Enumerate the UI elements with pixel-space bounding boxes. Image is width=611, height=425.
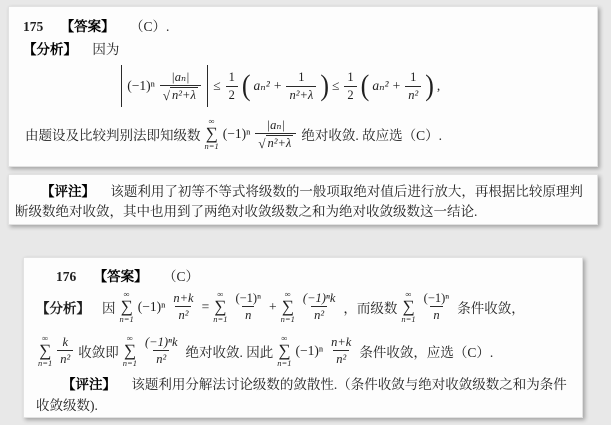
big-paren: ): [425, 71, 434, 100]
math-text: 绝对收敛. 故应选（C）.: [301, 124, 442, 144]
radical-sign-icon: √: [163, 89, 170, 102]
formula-row: (−1)ⁿ|aₙ|√n²+λ≤12(aₙ²+1n²+λ)≤12(aₙ²+1n²)…: [118, 65, 442, 107]
analysis-lead: 因为: [92, 42, 119, 57]
fraction: (−1)ⁿn: [421, 291, 453, 323]
sum-lower-limit: n=1: [123, 359, 137, 368]
math-text: =: [202, 299, 210, 315]
sum-lower-limit: n=1: [120, 315, 134, 324]
sigma-glyph: ∑: [402, 299, 414, 315]
fraction: n+kn²: [328, 335, 354, 367]
summation-sigma: ∞∑n=1: [120, 290, 134, 325]
math-text: 因: [102, 297, 116, 317]
problem-175-card: 175 【答案】 （C）. 【分析】 因为 (−1)ⁿ|aₙ|√n²+λ≤12(…: [8, 6, 598, 167]
math-text: 绝对收敛. 因此: [186, 341, 274, 361]
big-paren: ): [320, 71, 329, 100]
problem-number: 175: [23, 19, 43, 34]
summation-sigma: ∞∑n=1: [205, 117, 219, 152]
math-text: 条件收敛，应选（C）.: [359, 341, 493, 361]
big-paren: (: [242, 71, 251, 100]
summation-sigma: ∞∑n=1: [401, 290, 415, 325]
sum-lower-limit: n=1: [277, 359, 291, 368]
comment-175: 【评注】 该题利用了初等不等式将级数的一般项取绝对值后进行放大，再根据比较原理判…: [15, 182, 585, 223]
sigma-glyph: ∑: [39, 343, 51, 359]
math-text: (−1)ⁿ: [296, 343, 324, 359]
fraction-denominator: 2: [226, 86, 238, 102]
fraction-numerator: 1: [226, 70, 238, 85]
problem-176-card: 176 【答案】 （C） 【分析】因∞∑n=1(−1)ⁿn+kn²=∞∑n=1(…: [23, 257, 583, 418]
analysis-line-175: 【分析】 因为: [23, 38, 585, 58]
comment-176: 【评注】 该题利用分解法讨论级数的敛散性.（条件收敛与绝对收敛级数之和为条件收敛…: [36, 375, 570, 417]
fraction-denominator: 2: [344, 86, 356, 102]
fraction: 12: [226, 70, 238, 102]
math-text: (−1)ⁿ: [138, 299, 166, 315]
fraction-denominator: n²: [405, 86, 421, 102]
section-label: 【分析】: [36, 297, 90, 317]
sigma-glyph: ∑: [278, 343, 290, 359]
fraction: kn²: [57, 335, 73, 367]
math-text: ,: [437, 78, 440, 94]
sigma-glyph: ∑: [214, 299, 226, 315]
math-text: ≤: [332, 78, 339, 94]
sum-lower-limit: n=1: [213, 315, 227, 324]
summation-sigma: ∞∑n=1: [38, 334, 52, 369]
comment-label: 【评注】: [62, 377, 116, 392]
sigma-glyph: ∑: [121, 299, 133, 315]
fraction: n+kn²: [170, 291, 196, 323]
fraction-numerator: |aₙ|: [264, 118, 288, 133]
sigma-glyph: ∑: [124, 343, 136, 359]
document-page: 175 【答案】 （C）. 【分析】 因为 (−1)ⁿ|aₙ|√n²+λ≤12(…: [0, 0, 611, 425]
fraction-denominator: n: [242, 306, 254, 322]
sum-lower-limit: n=1: [281, 315, 295, 324]
math-text: aₙ²: [254, 78, 270, 94]
fraction-denominator: n²+λ: [286, 86, 316, 102]
fraction-numerator: (−1)ⁿ: [232, 291, 264, 306]
fraction-numerator: |aₙ|: [168, 70, 192, 85]
big-paren: (: [361, 71, 370, 100]
math-text: 条件收敛，: [457, 297, 525, 317]
problem-number: 176: [56, 269, 76, 284]
answer-line-176: 176 【答案】 （C）: [56, 265, 570, 285]
answer-line-175: 175 【答案】 （C）.: [23, 15, 585, 35]
summation-sigma: ∞∑n=1: [281, 290, 295, 325]
fraction: (−1)ⁿn: [232, 291, 264, 323]
fraction-numerator: n+k: [328, 335, 354, 350]
sigma-glyph: ∑: [206, 126, 218, 142]
math-text: (−1)ⁿ: [127, 78, 155, 94]
math-text: (−1)ⁿ: [223, 126, 251, 142]
fraction-denominator: n²: [175, 306, 191, 322]
fraction-denominator: n²: [153, 350, 169, 366]
fraction-denominator: n²: [311, 306, 327, 322]
sigma-glyph: ∑: [282, 299, 294, 315]
summation-sigma: ∞∑n=1: [123, 334, 137, 369]
fraction-numerator: 1: [344, 70, 356, 85]
summation-sigma: ∞∑n=1: [213, 290, 227, 325]
fraction-denominator: n²: [57, 350, 73, 366]
answer-value: （C）: [163, 269, 199, 284]
radicand: n²+λ: [170, 87, 198, 102]
inequality-formula-175: (−1)ⁿ|aₙ|√n²+λ≤12(aₙ²+1n²+λ)≤12(aₙ²+1n²)…: [118, 60, 585, 112]
sum-lower-limit: n=1: [38, 359, 52, 368]
math-text: +: [393, 78, 401, 94]
absolute-value-bar: [207, 65, 208, 107]
answer-value: （C）.: [130, 19, 169, 34]
fraction-numerator: 1: [407, 70, 419, 85]
conclusion-line-176: ∞∑n=1kn²收敛即∞∑n=1(−1)ⁿkn²绝对收敛. 因此∞∑n=1(−1…: [36, 329, 570, 373]
math-text: 收敛即: [78, 341, 119, 361]
fraction-numerator: (−1)ⁿ: [421, 291, 453, 306]
fraction: |aₙ|√n²+λ: [160, 70, 201, 103]
fraction-numerator: (−1)ⁿk: [142, 335, 181, 350]
sum-lower-limit: n=1: [401, 315, 415, 324]
fraction-denominator: n²: [333, 350, 349, 366]
fraction-denominator: √n²+λ: [160, 85, 201, 102]
radical-sign-icon: √: [258, 137, 265, 150]
sum-lower-limit: n=1: [205, 142, 219, 151]
comment-text: 该题利用了初等不等式将级数的一般项取绝对值后进行放大，再根据比较原理判断级数绝对…: [15, 184, 583, 219]
fraction-denominator: √n²+λ: [255, 133, 296, 150]
math-text: +: [274, 78, 282, 94]
comment-175-card: 【评注】 该题利用了初等不等式将级数的一般项取绝对值后进行放大，再根据比较原理判…: [8, 174, 598, 225]
analysis-label: 【分析】: [23, 42, 77, 57]
fraction: (−1)ⁿkn²: [142, 335, 181, 367]
formula-row: 【分析】因∞∑n=1(−1)ⁿn+kn²=∞∑n=1(−1)ⁿn+∞∑n=1(−…: [36, 290, 527, 325]
radicand: n²+λ: [266, 135, 294, 150]
fraction: (−1)ⁿkn²: [300, 291, 339, 323]
fraction: 1n²+λ: [286, 70, 316, 102]
absolute-value-bar: [121, 65, 122, 107]
fraction-numerator: k: [59, 335, 71, 350]
conclusion-line-175: 由题设及比较判别法即知级数∞∑n=1(−1)ⁿ|aₙ|√n²+λ绝对收敛. 故应…: [23, 112, 585, 156]
formula-row: 由题设及比较判别法即知级数∞∑n=1(−1)ⁿ|aₙ|√n²+λ绝对收敛. 故应…: [23, 117, 444, 152]
fraction: 1n²: [405, 70, 421, 102]
math-text: 由题设及比较判别法即知级数: [25, 124, 201, 144]
math-text: aₙ²: [372, 78, 388, 94]
answer-label: 【答案】: [94, 269, 148, 284]
math-text: ≤: [213, 78, 220, 94]
answer-label: 【答案】: [61, 19, 115, 34]
analysis-line-176: 【分析】因∞∑n=1(−1)ⁿn+kn²=∞∑n=1(−1)ⁿn+∞∑n=1(−…: [36, 285, 570, 329]
fraction-numerator: (−1)ⁿk: [300, 291, 339, 306]
summation-sigma: ∞∑n=1: [277, 334, 291, 369]
comment-label: 【评注】: [41, 184, 95, 199]
fraction-numerator: n+k: [170, 291, 196, 306]
formula-row: ∞∑n=1kn²收敛即∞∑n=1(−1)ⁿkn²绝对收敛. 因此∞∑n=1(−1…: [36, 334, 495, 369]
fraction-denominator: n: [430, 306, 442, 322]
fraction-numerator: 1: [295, 70, 307, 85]
math-text: ，而级数: [343, 297, 397, 317]
math-text: +: [269, 299, 277, 315]
fraction: 12: [344, 70, 356, 102]
fraction: |aₙ|√n²+λ: [255, 118, 296, 151]
